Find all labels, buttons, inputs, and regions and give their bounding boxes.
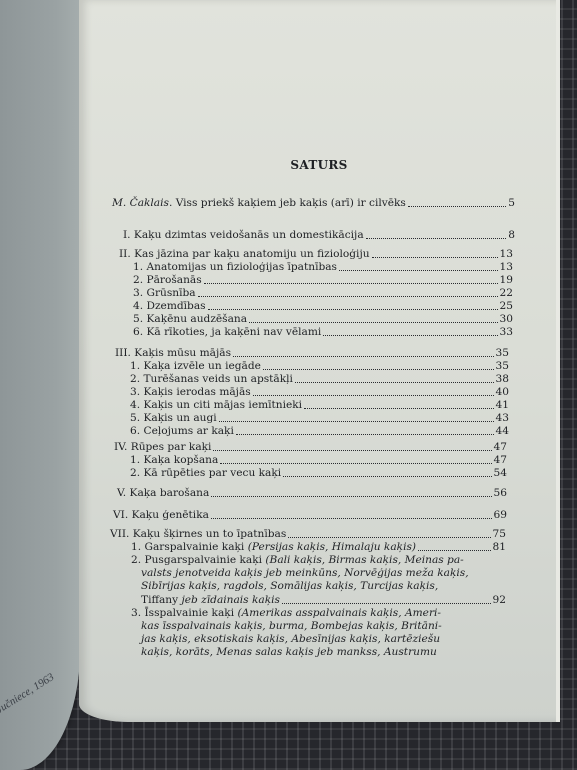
toc-entry-label: VII. Kaķu šķirnes un to īpatnības [110,528,286,541]
leader-dots [366,238,507,239]
toc-title: SATURS [79,158,559,172]
toc-entry-subtitle-roman: Tiffany [141,594,178,606]
toc-entry-page: 44 [496,425,509,438]
leader-dots [282,603,491,604]
toc-entry[interactable]: 6. Ceļojums ar kaķi 44 [130,425,509,438]
leader-dots [263,369,494,370]
toc-entry[interactable]: I. Kaķu dzimtas veidošanās un domestikāc… [123,229,515,242]
toc-entry-label: IV. Rūpes par kaķi [114,441,211,454]
leader-dots [372,257,498,258]
toc-entry-label: 2. Pusgarspalvainie kaķi [131,554,262,566]
toc-entry[interactable]: 2. Pārošanās 19 [133,274,513,287]
toc-entry-label: Viss priekš kaķiem jeb kaķis (arī) ir ci… [176,197,406,209]
toc-entry-page: 56 [494,487,507,500]
toc-entry-page: 19 [500,274,513,287]
toc-entry-page: 47 [494,441,507,454]
toc-entry-subtitle-line: kaķis, korāts, Menas salas kaķis jeb man… [141,646,437,659]
toc-entry[interactable]: 2. Kā rūpēties par vecu kaķi 54 [130,467,507,480]
toc-entry-label: 3. Īsspalvainie kaķi [131,607,234,619]
toc-entry-label: 2. Pārošanās [133,274,202,287]
toc-entry[interactable]: 1. Garspalvainie kaķi (Persijas kaķis, H… [131,541,506,554]
toc-entry[interactable]: IV. Rūpes par kaķi 47 [114,441,507,454]
toc-entry[interactable]: 1. Anatomijas un fizioloģijas īpatnības … [133,261,513,274]
toc-entry-subtitle-line: kas īsspalvainais kaķis, burma, Bombejas… [141,620,442,633]
toc-entry-page: 35 [496,347,509,360]
toc-entry[interactable]: 5. Kaķis un augi 43 [130,412,509,425]
toc-entry-subtitle-line: Sibīrijas kaķis, ragdols, Somālijas kaķi… [141,580,438,593]
left-page-cover: Jučniece, 1963 [0,0,80,770]
toc-entry-page: 41 [496,399,509,412]
leader-dots [253,395,494,396]
page-edge [556,0,560,722]
toc-entry-subtitle: (Persijas kaķis, Himalaju kaķis) [248,541,416,553]
toc-entry[interactable]: 4. Dzemdības 25 [133,300,513,313]
leader-dots [208,309,498,310]
toc-entry[interactable]: III. Kaķis mūsu mājās 35 [115,347,509,360]
toc-entry[interactable]: M. Čaklais. Viss priekš kaķiem jeb kaķis… [112,197,515,210]
toc-entry-label: V. Kaķa barošana [117,487,209,500]
toc-entry[interactable]: VI. Kaķu ģenētika 69 [113,509,507,522]
toc-entry-page: 92 [493,594,506,607]
toc-entry-label: 5. Kaķis un augi [130,412,217,425]
leader-dots [233,356,493,357]
book-page: SATURS M. Čaklais. Viss priekš kaķiem je… [79,0,559,722]
leader-dots [211,496,491,497]
leader-dots [213,450,491,451]
leader-dots [288,537,490,538]
toc-entry-label: 4. Dzemdības [133,300,206,313]
leader-dots [198,296,498,297]
toc-entry[interactable]: 6. Kā rīkoties, ja kaķēni nav vēlami 33 [133,326,513,339]
toc-entry-label: 1. Garspalvainie kaķi [131,541,244,553]
leader-dots [249,322,497,323]
toc-entry-page: 22 [500,287,513,300]
toc-entry-label: 3. Kaķis ierodas mājās [130,386,251,399]
toc-entry-page: 38 [496,373,509,386]
toc-entry[interactable]: 3. Grūsnība 22 [133,287,513,300]
toc-entry[interactable]: 4. Kaķis un citi mājas iemītnieki 41 [130,399,509,412]
toc-entry-page: 47 [494,454,507,467]
toc-entry-label: 2. Kā rūpēties par vecu kaķi [130,467,281,480]
toc-entry-page: 5 [508,197,515,210]
toc-entry-page: 13 [500,261,513,274]
leader-dots [236,434,494,435]
toc-entry-page: 43 [496,412,509,425]
leader-dots [283,476,491,477]
toc-entry-label: 3. Grūsnība [133,287,196,300]
toc-entry-label: 2. Turēšanas veids un apstākļi [130,373,293,386]
toc-entry-page: 75 [493,528,506,541]
toc-entry[interactable]: VII. Kaķu šķirnes un to īpatnības 75 [110,528,506,541]
toc-entry-subtitle-line: jas kaķis, eksotiskais kaķis, Abesīnijas… [141,633,440,646]
toc-entry-page: 8 [508,229,515,242]
toc-entry[interactable]: 3. Kaķis ierodas mājās 40 [130,386,509,399]
toc-entry[interactable]: 1. Kaķa kopšana 47 [130,454,507,467]
toc-entry[interactable]: 2. Turēšanas veids un apstākļi 38 [130,373,509,386]
leader-dots [339,270,498,271]
toc-entry-subtitle-line: (Bali kaķis, Birmas kaķis, Meinas pa- [265,554,463,566]
leader-dots [323,335,497,336]
toc-entry-page: 35 [496,360,509,373]
leader-dots [220,463,491,464]
toc-entry-label: 1. Anatomijas un fizioloģijas īpatnības [133,261,337,274]
leader-dots [219,421,494,422]
toc-entry-page: 69 [494,509,507,522]
leader-dots [204,283,498,284]
toc-entry-label: II. Kas jāzina par kaķu anatomiju un fiz… [119,248,370,261]
toc-entry-page: 30 [500,313,513,326]
toc-entry-page: 81 [493,541,506,554]
toc-entry[interactable]: Tiffany jeb zīdainais kaķis 92 [141,594,506,607]
toc-entry-label: 4. Kaķis un citi mājas iemītnieki [130,399,302,412]
toc-entry[interactable]: V. Kaķa barošana 56 [117,487,507,500]
toc-entry-label: 1. Kaķa izvēle un iegāde [130,360,261,373]
toc-entry-subtitle-line: (Amerikas asspalvainais kaķis, Ameri- [237,607,441,619]
toc-entry-page: 25 [500,300,513,313]
toc-entry-label: III. Kaķis mūsu mājās [115,347,231,360]
toc-entry-label: 6. Kā rīkoties, ja kaķēni nav vēlami [133,326,321,339]
toc-entry-page: 40 [496,386,509,399]
toc-entry-label: 1. Kaķa kopšana [130,454,218,467]
toc-entry-multiline[interactable]: 3. Īsspalvainie kaķi (Amerikas asspalvai… [131,607,441,620]
toc-entry[interactable]: II. Kas jāzina par kaķu anatomiju un fiz… [119,248,513,261]
leader-dots [418,550,490,551]
leader-dots [211,518,492,519]
toc-entry-subtitle-line: jeb zīdainais kaķis [181,594,279,606]
toc-entry-author: M. Čaklais. [112,197,172,209]
toc-entry-subtitle-line: valsts jenotveida kaķis jeb meinkūns, No… [141,567,469,580]
toc-entry-label: VI. Kaķu ģenētika [113,509,209,522]
leader-dots [408,206,506,207]
toc-entry-label: I. Kaķu dzimtas veidošanās un domestikāc… [123,229,364,242]
toc-entry-page: 33 [500,326,513,339]
leader-dots [295,382,494,383]
toc-entry-page: 13 [500,248,513,261]
toc-entry-label: 6. Ceļojums ar kaķi [130,425,234,438]
toc-entry[interactable]: 1. Kaķa izvēle un iegāde 35 [130,360,509,373]
toc-entry-page: 54 [494,467,507,480]
leader-dots [304,408,493,409]
toc-entry-label: 5. Kaķēnu audzēšana [133,313,247,326]
toc-entry[interactable]: 5. Kaķēnu audzēšana 30 [133,313,513,326]
toc-entry-multiline[interactable]: 2. Pusgarspalvainie kaķi (Bali kaķis, Bi… [131,554,464,567]
cover-inscription: Jučniece, 1963 [0,671,56,716]
